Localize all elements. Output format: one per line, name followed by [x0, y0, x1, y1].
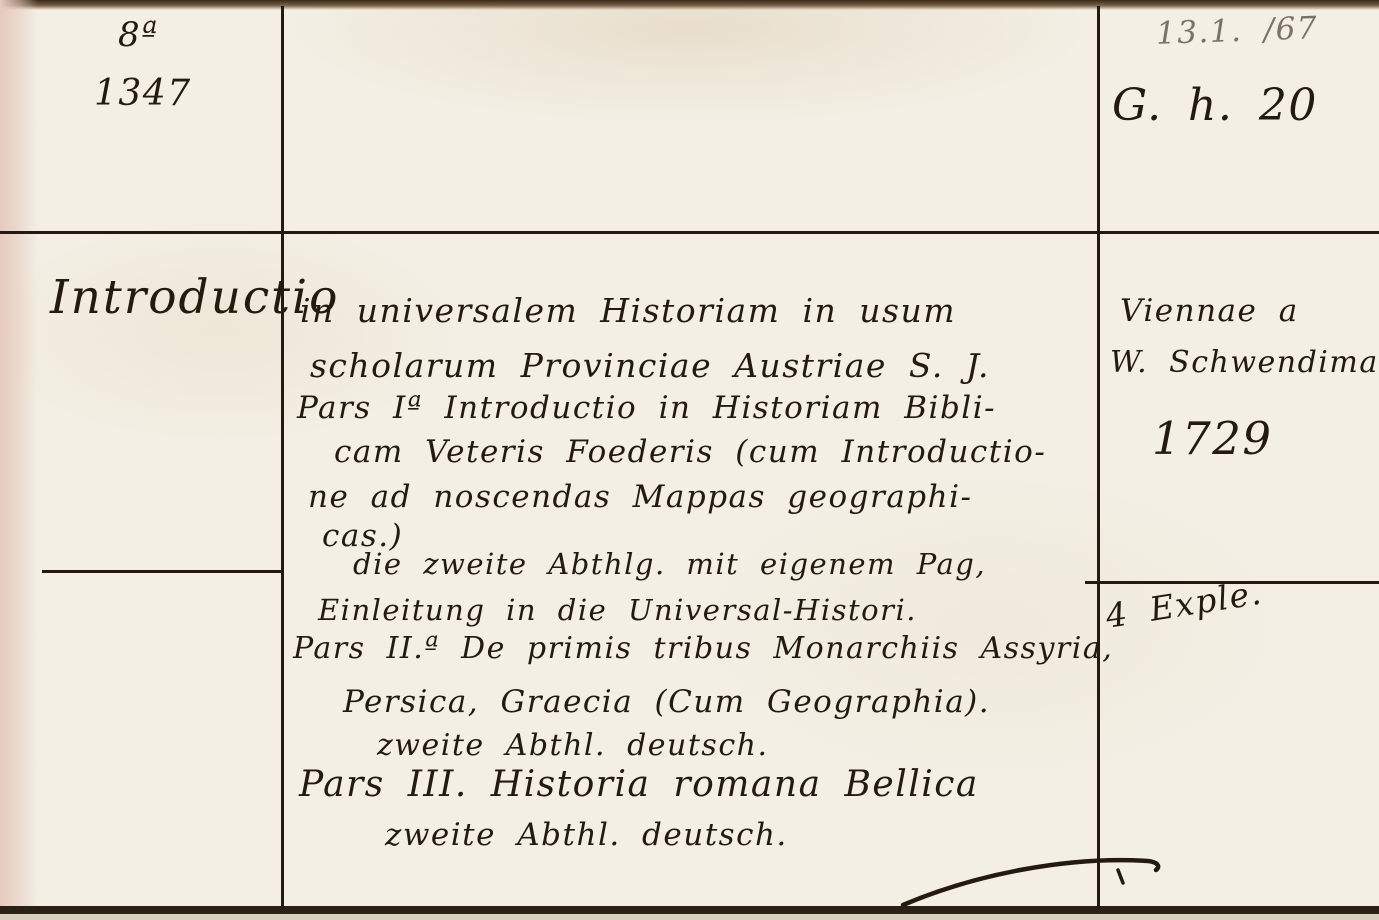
pencil-date: 13.1. /67	[1156, 13, 1319, 50]
title-line: zweite Abthl. deutsch.	[385, 820, 788, 851]
title-line: scholarum Provinciae Austriae S. J.	[310, 349, 990, 382]
title-line: zweite Abthl. deutsch.	[377, 731, 768, 761]
imprint-place: Viennae a	[1120, 296, 1299, 327]
accession-number: 1347	[94, 76, 192, 112]
catchword: Introductio	[50, 274, 339, 321]
format-mark: 8ª	[118, 18, 159, 52]
catalog-card: 8ª 1347 13.1. /67 G. h. 20 Introductio i…	[0, 0, 1379, 920]
title-line: ne ad noscendas Mappas geographi-	[308, 482, 973, 513]
rule-horizontal-header	[0, 231, 1379, 234]
rule-vertical-left	[281, 6, 284, 909]
title-line: Einleitung in die Universal-Histori.	[318, 596, 917, 625]
card-edge-top	[0, 0, 1379, 10]
rule-vertical-right	[1097, 6, 1100, 909]
title-line: Pars III. Historia romana Bellica	[299, 767, 979, 803]
shelfmark: G. h. 20	[1112, 84, 1318, 128]
card-edge-left	[0, 0, 38, 920]
title-line: Pars Iª Introductio in Historiam Bibli-	[297, 393, 996, 424]
rule-horizontal-leftcol	[42, 570, 283, 573]
imprint-printer: W. Schwendimann	[1110, 348, 1379, 378]
card-edge-shadow	[0, 914, 1379, 920]
imprint-year: 1729	[1152, 416, 1273, 461]
card-edge-bottom	[0, 906, 1379, 914]
title-line: in universalem Historiam in usum	[300, 294, 956, 327]
title-line: Persica, Graecia (Cum Geographia).	[343, 687, 990, 718]
title-line: die zweite Abthlg. mit eigenem Pag,	[353, 550, 986, 579]
copies-note: 4 Exple.	[1103, 576, 1264, 633]
title-line: cam Veteris Foederis (cum Introductio-	[334, 437, 1046, 468]
title-line: Pars II.ª De primis tribus Monarchiis As…	[293, 634, 1113, 664]
